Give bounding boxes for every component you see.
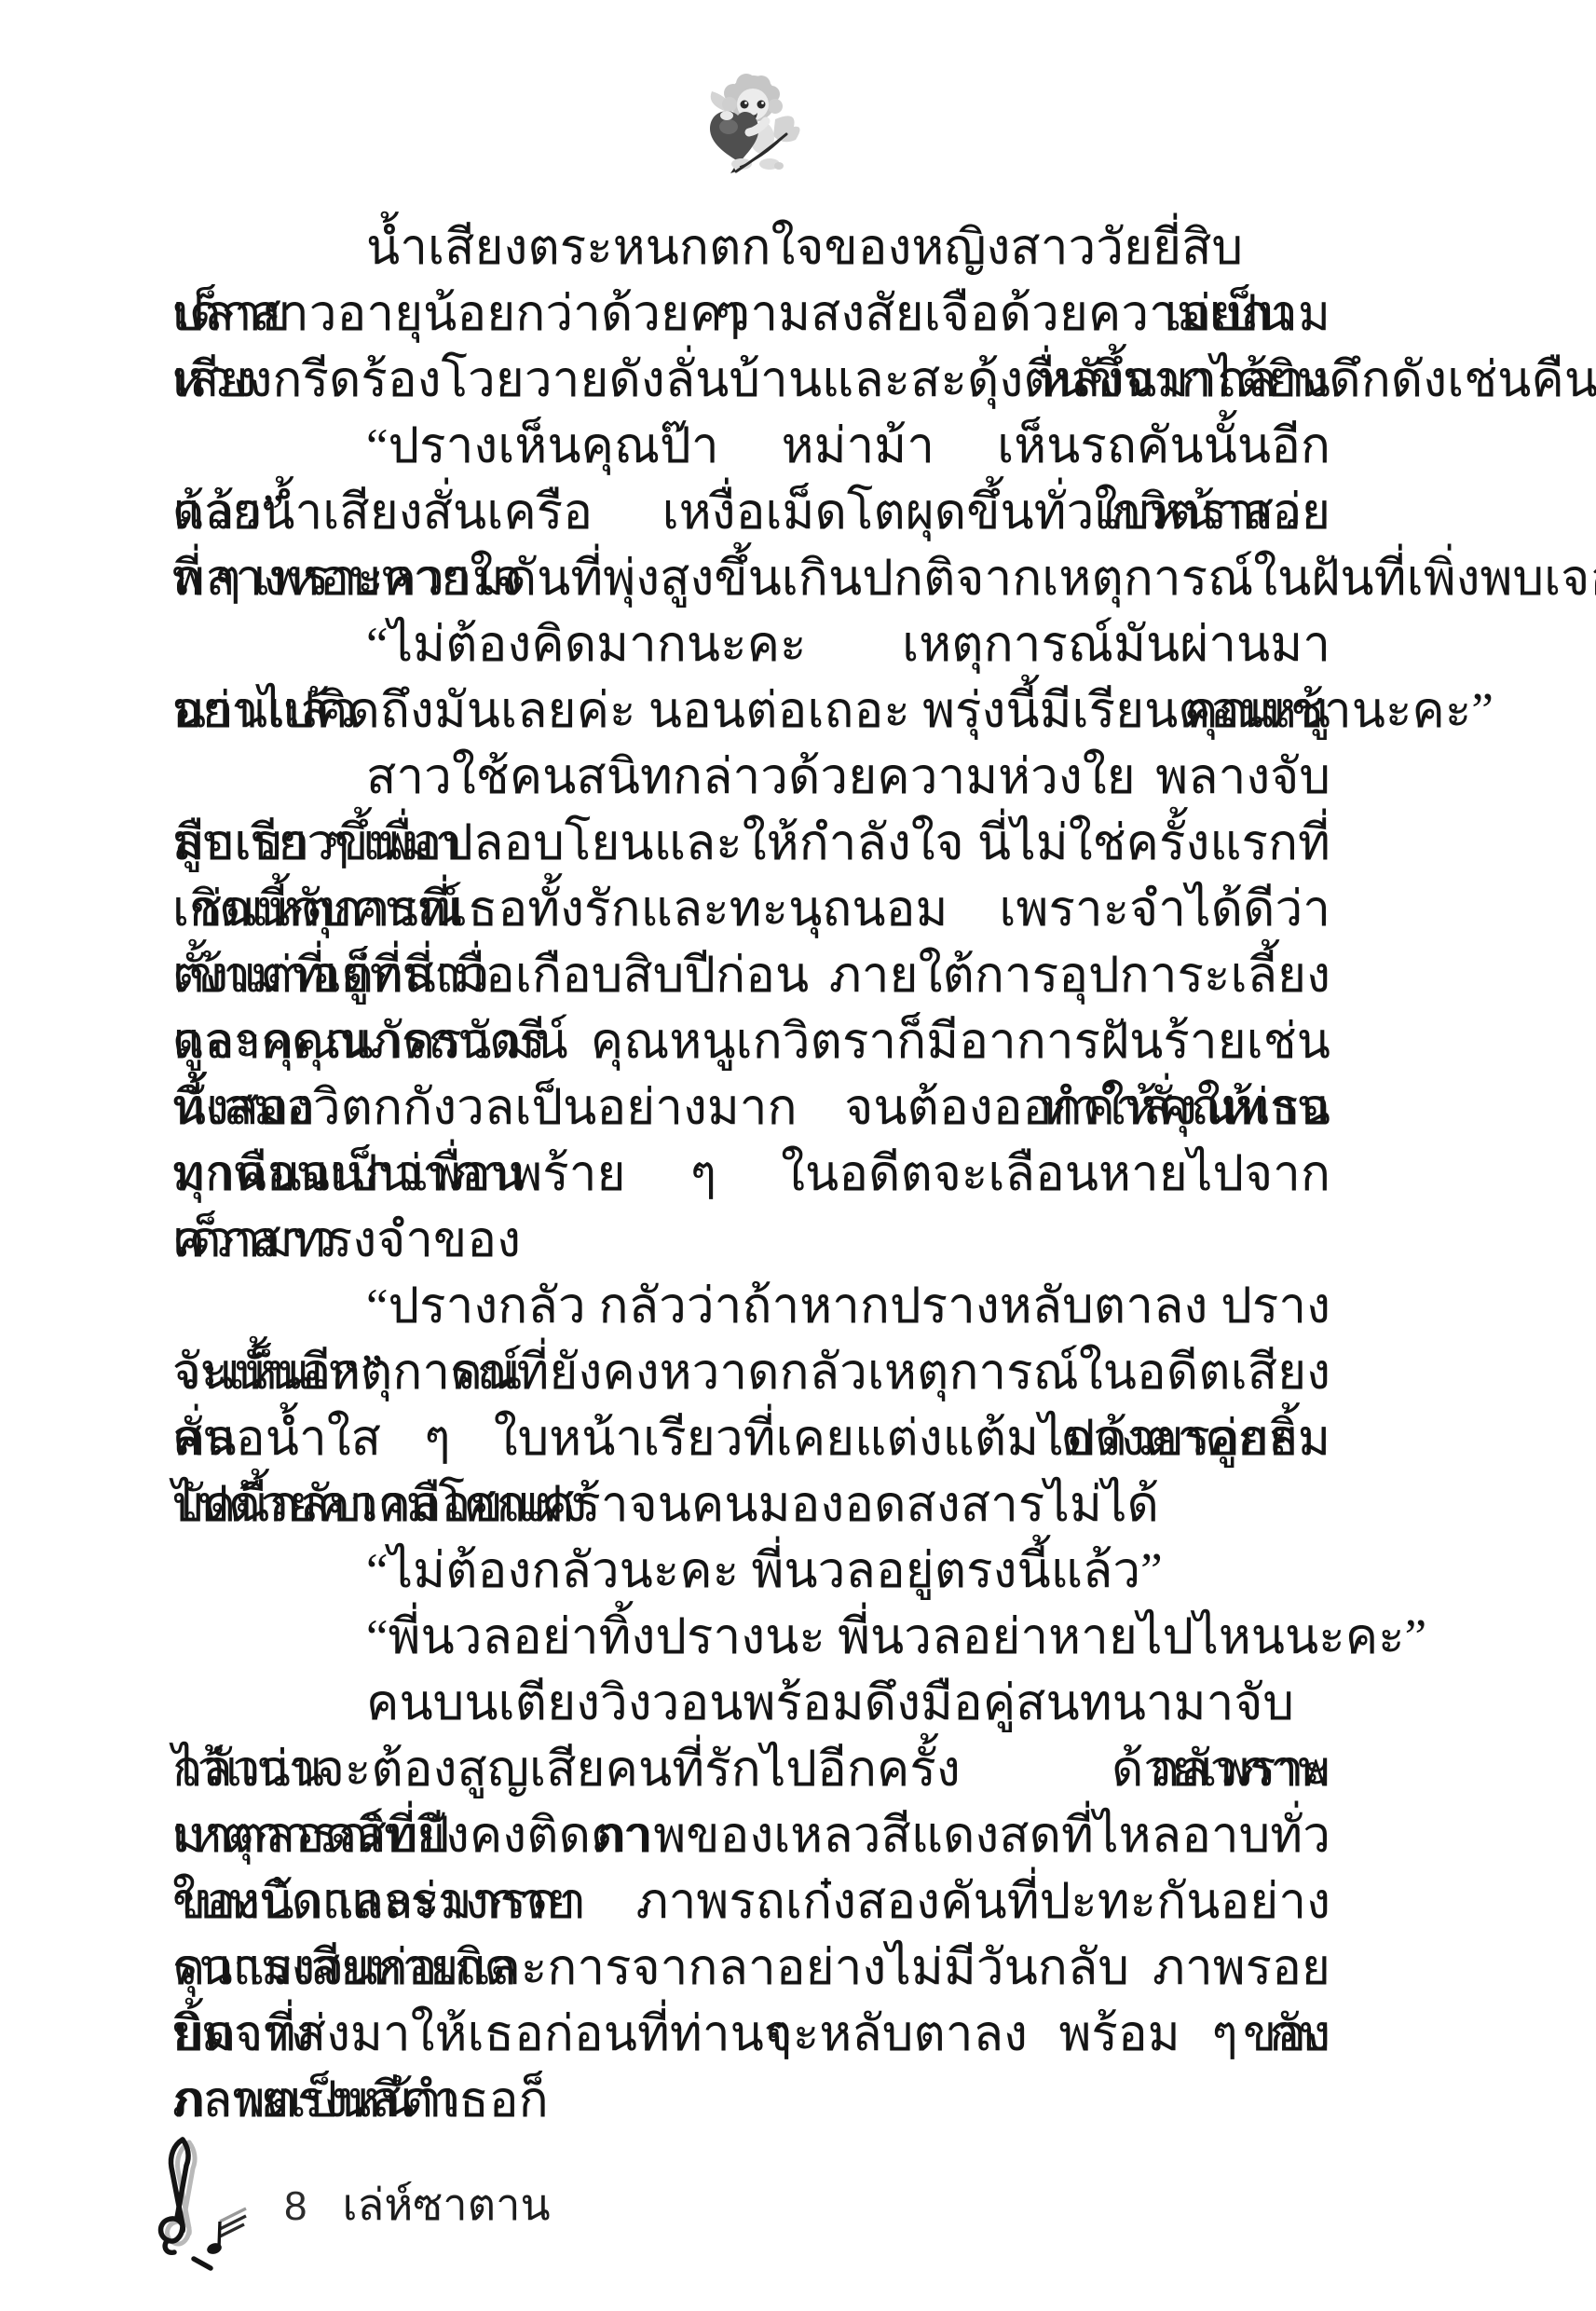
book-title: เล่ห์ซาตาน	[342, 2169, 550, 2239]
text-line: วันนั้นอีก” คนที่ยังคงหวาดกลัวเหตุการณ์ใ…	[172, 1340, 1330, 1406]
text-line: “พี่นวลอย่าทิ้งปรางนะ พี่นวลอย่าหายไปไหน…	[172, 1605, 1330, 1671]
body-text: น้ำเสียงตระหนกตกใจของหญิงสาววัยยี่สิบปลา…	[172, 215, 1330, 2134]
text-line: เช่นนี้กับคนที่เธอทั้งรักและทะนุถนอม เพร…	[172, 877, 1330, 943]
page-number: 8	[284, 2183, 307, 2230]
text-line: กลัวว่าจะต้องสูญเสียคนที่รักไปอีกครั้ง ก…	[172, 1737, 1330, 1803]
text-line: ทุกคืนจนกว่าภาพร้าย ๆ ในอดีตจะเลือนหายไป…	[172, 1142, 1330, 1208]
text-line: คนบนเตียงวิงวอนพร้อมดึงมือคู่สนทนามาจับไ…	[172, 1671, 1330, 1737]
text-line: น้ำเสียงตระหนกตกใจของหญิงสาววัยยี่สิบปลา…	[172, 215, 1330, 281]
text-line: เด็กสาวอายุน้อยกว่าด้วยความสงสัยเจือด้วย…	[172, 281, 1330, 348]
text-line: ของบิดาและมารดา ภาพรถเก๋งสองคันที่ปะทะกั…	[172, 1869, 1330, 1935]
text-line: อย่าไปคิดถึงมันเลยค่ะ นอนต่อเถอะ พรุ่งนี…	[172, 678, 1330, 745]
text-line: คลอน้ำใส ๆ ใบหน้าเรียวที่เคยแต่งแต้มไปด้…	[172, 1406, 1330, 1472]
text-line: ลูบเบา ๆ เพื่อปลอบโยนและให้กำลังใจ นี่ไม…	[172, 811, 1330, 877]
text-line: ไปด้วยความโศกเศร้าจนคนมองอดสงสารไม่ได้	[172, 1472, 1330, 1538]
text-line: เข้ามาอยู่ที่นี่เมื่อเกือบสิบปีก่อน ภายใ…	[172, 943, 1330, 1009]
text-line: มาตลอดสิบปี ภาพของเหลวสีแดงสดที่ไหลอาบทั…	[172, 1803, 1330, 1869]
treble-clef-icon	[140, 2132, 256, 2277]
text-line: ถี่ ๆ เพราะความดันที่พุ่งสูงขึ้นเกินปกติ…	[172, 546, 1330, 612]
text-line: ด้วยน้ำเสียงสั่นเครือ เหงื่อเม็ดโตผุดขึ้…	[172, 480, 1330, 546]
book-page: น้ำเสียงตระหนกตกใจของหญิงสาววัยยี่สิบปลา…	[0, 0, 1596, 2311]
footer: 8 เล่ห์ซาตาน	[0, 2128, 1596, 2287]
cupid-heart-icon	[704, 71, 801, 181]
text-line: บิดาที่ส่งมาให้เธอก่อนที่ท่านจะหลับตาลง …	[172, 2002, 1330, 2068]
text-line: ทั้งสองวิตกกังวลเป็นอย่างมาก จนต้องออกคำ…	[172, 1075, 1330, 1142]
text-line: ความเสียหายและการจากลาอย่างไม่มีวันกลับ …	[172, 1935, 1330, 2002]
text-line: เสียงกรีดร้องโวยวายดังลั่นบ้านและสะดุ้งต…	[172, 348, 1330, 414]
text-line: และคุณนารถนารี คุณหนูเกวิตราก็มีอาการฝัน…	[172, 1009, 1330, 1075]
